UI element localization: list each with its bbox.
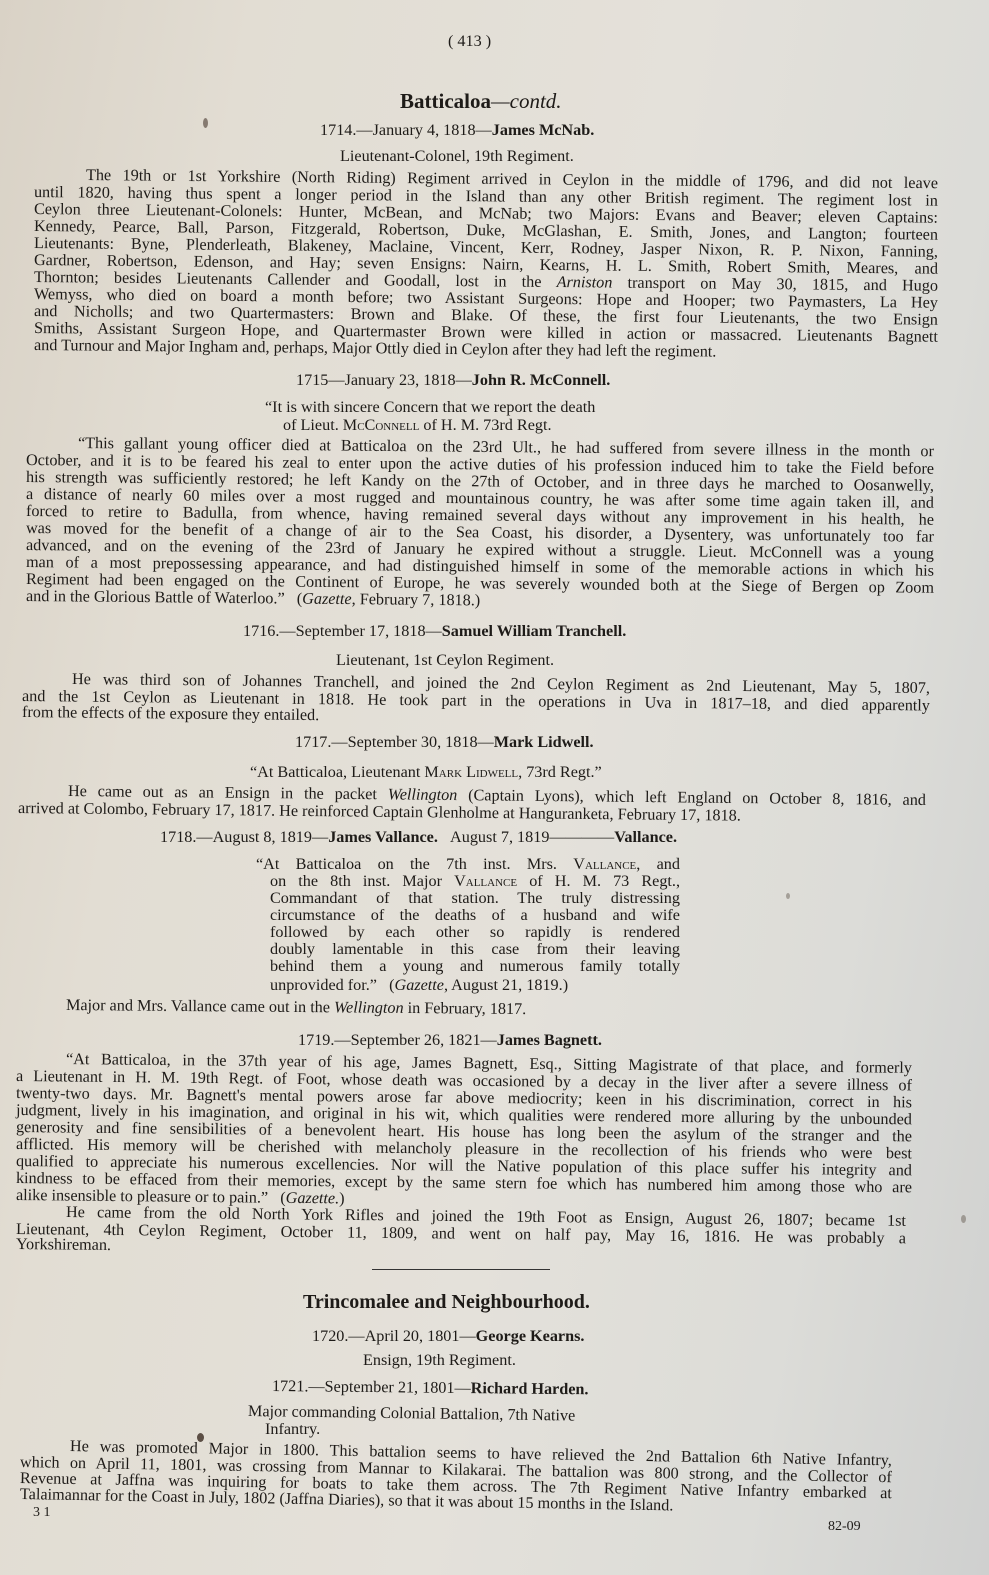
entry-subtitle-1716: Lieutenant, 1st Ceylon Regiment. xyxy=(336,651,554,669)
entry-heading-1715: 1715—January 23, 1818—John R. McConnell. xyxy=(296,371,610,389)
entry-quote-1715: “It is with sincere Concern that we repo… xyxy=(265,398,595,416)
stain-mark xyxy=(786,893,790,899)
entry-heading-1720: 1720.—April 20, 1801—George Kearns. xyxy=(312,1327,584,1345)
section-divider xyxy=(372,1269,550,1270)
entry-subtitle-1720: Ensign, 19th Regiment. xyxy=(363,1351,516,1369)
stain-mark xyxy=(961,1215,966,1223)
entry-heading-1716: 1716.—September 17, 1818—Samuel William … xyxy=(243,622,626,640)
entry-quote-1717: “At Batticaloa, Lieutenant Mark Lidwell,… xyxy=(250,763,602,781)
signature-mark: 3 1 xyxy=(33,1504,51,1522)
section-title-trincomalee: Trincomalee and Neighbourhood. xyxy=(303,1293,590,1311)
entry-heading-1721: 1721.—September 21, 1801—Richard Harden. xyxy=(272,1377,589,1398)
entry-heading-1719: 1719.—September 26, 1821—James Bagnett. xyxy=(298,1031,602,1049)
entry-subtitle-1714: Lieutenant-Colonel, 19th Regiment. xyxy=(340,147,574,165)
citation-source: Gazette xyxy=(302,590,352,608)
section-title-batticaloa: Batticaloa—contd. xyxy=(400,92,562,110)
ship-name: Arniston xyxy=(557,273,613,292)
book-page: ( 413 ) Batticaloa—contd. 1714.—January … xyxy=(0,0,989,1575)
stain-mark xyxy=(203,118,208,128)
entry-heading-1718: 1718.—August 8, 1819—James Vallance. Aug… xyxy=(160,828,677,846)
stain-mark xyxy=(197,1433,204,1442)
entry-heading-1714: 1714.—January 4, 1818—James McNab. xyxy=(320,121,594,139)
print-code: 82-09 xyxy=(828,1518,861,1536)
entry-note-1718: Major and Mrs. Vallance came out in the … xyxy=(66,996,526,1018)
entry-heading-1717: 1717.—September 30, 1818—Mark Lidwell. xyxy=(295,733,594,751)
page-number: ( 413 ) xyxy=(448,32,491,50)
